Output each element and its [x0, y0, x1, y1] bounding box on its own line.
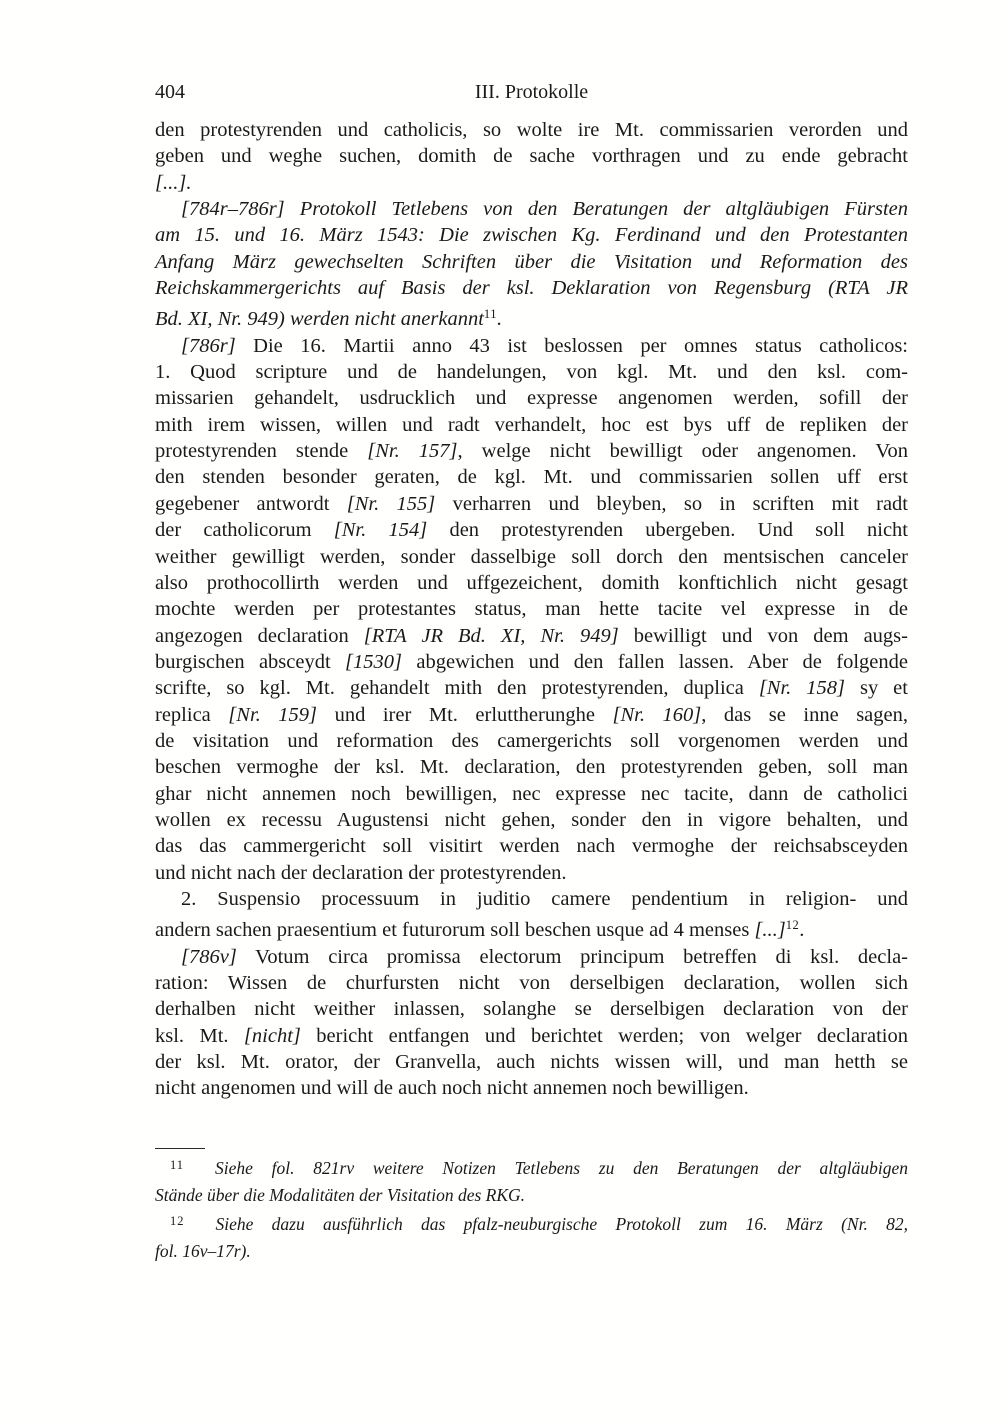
text-segment: replica	[155, 704, 228, 726]
footnote-number: 11	[170, 1158, 184, 1172]
text-segment: beschen vermoghe der ksl. Mt. declaratio…	[155, 756, 807, 778]
text-line: also prothocollirth werden und uffgezeic…	[155, 570, 908, 596]
text-segment: geben und weghe suchen, domith de sache …	[155, 145, 908, 167]
running-head: III. Protokolle	[155, 80, 908, 104]
text-segment: missarien gehandelt, usdrucklich und exp…	[155, 387, 908, 409]
text-segment: fol. 16v–17r).	[155, 1241, 251, 1261]
text-segment: derhalben nicht weither inlassen, solang…	[155, 998, 908, 1020]
footnote-reference: 11	[484, 307, 497, 321]
text-segment: Votum circa promissa electorum principum…	[237, 946, 908, 968]
text-line: ksl. Mt. [nicht] bericht entfangen und b…	[155, 1023, 908, 1049]
text-line: nicht angenomen und will de auch noch ni…	[155, 1075, 908, 1101]
text-line: der ksl. Mt. orator, der Granvella, auch…	[155, 1049, 908, 1075]
text-segment: [Nr. 157]	[367, 440, 457, 462]
text-line: replica [Nr. 159] und irer Mt. erlutther…	[155, 702, 908, 728]
text-segment: [...]	[754, 919, 785, 941]
text-segment: das das cammergericht soll visitirt werd…	[155, 835, 908, 857]
text-segment: Anfang März gewechselten Schriften über …	[155, 251, 908, 273]
text-segment: soll man	[812, 756, 908, 778]
text-line: den stenden besonder geraten, de kgl. Mt…	[155, 464, 908, 490]
paragraph: [786r] Die 16. Martii anno 43 ist beslos…	[155, 333, 908, 886]
text-segment: bewilligt und von dem augs-	[619, 625, 908, 647]
text-segment: [...].	[155, 172, 191, 194]
text-line: missarien gehandelt, usdrucklich und exp…	[155, 385, 908, 411]
text-segment: [786v]	[181, 946, 237, 968]
text-segment: 2. Suspensio processuum in juditio camer…	[181, 888, 908, 910]
text-line: weither gewilligt werden, sonder dasselb…	[155, 544, 908, 570]
text-segment: [Nr. 159]	[228, 704, 317, 726]
document-page: 404 III. Protokolle den protestyrenden u…	[0, 0, 1004, 1418]
body-text: den protestyrenden und catholicis, so wo…	[155, 117, 908, 1102]
text-line: gegebener antwordt [Nr. 155] verharren u…	[155, 491, 908, 517]
text-segment: , das se inne sagen,	[701, 704, 908, 726]
text-segment: der catholicorum	[155, 519, 334, 541]
footnote: 12Siehe dazu ausführlich das pfalz-neubu…	[155, 1208, 908, 1264]
text-line: 1. Quod scripture und de handelungen, vo…	[155, 359, 908, 385]
text-segment: Bd. XI, Nr. 949) werden nicht anerkannt	[155, 308, 484, 330]
text-segment: abgewichen und den fallen lassen. Aber d…	[402, 651, 908, 673]
text-line: mochte werden per protestantes status, m…	[155, 596, 908, 622]
text-segment: ksl. Mt.	[155, 1025, 244, 1047]
text-segment: den protestyrenden ubergeben. Und soll n…	[427, 519, 908, 541]
text-segment: [Nr. 158]	[759, 677, 845, 699]
text-segment: Siehe dazu ausführlich das pfalz-neuburg…	[216, 1214, 909, 1234]
text-segment: [1530]	[345, 651, 402, 673]
text-segment: Siehe fol. 821rv weitere Notizen Tetlebe…	[215, 1158, 908, 1178]
text-line: ghar nicht annemen noch bewilligen, nec …	[155, 781, 908, 807]
text-segment: mith irem wissen, willen und radt verhan…	[155, 414, 908, 436]
footnote-reference: 12	[786, 918, 800, 932]
text-line: mith irem wissen, willen und radt verhan…	[155, 412, 908, 438]
text-segment: [Nr. 160]	[613, 704, 702, 726]
text-line: [...].	[155, 170, 908, 196]
text-segment: nicht angenomen und will de auch noch ni…	[155, 1077, 749, 1099]
text-segment: sy et	[845, 677, 908, 699]
page-header: 404 III. Protokolle	[155, 80, 908, 104]
text-line: wollen ex recessu Augustensi nicht gehen…	[155, 807, 908, 833]
text-line: Reichskammergerichts auf Basis der ksl. …	[155, 275, 908, 301]
text-line: und nicht nach der declaration der prote…	[155, 860, 908, 886]
text-segment: , welge nicht bewilligt oder angenomen. …	[458, 440, 908, 462]
text-segment: [786r]	[181, 335, 236, 357]
text-segment: den stenden besonder geraten, de kgl. Mt…	[155, 466, 908, 488]
text-segment: burgischen absceydt	[155, 651, 345, 673]
text-line: ration: Wissen de churfursten nicht von …	[155, 970, 908, 996]
footnote-number: 12	[170, 1214, 185, 1228]
text-line: das das cammergericht soll visitirt werd…	[155, 833, 908, 859]
text-line: derhalben nicht weither inlassen, solang…	[155, 996, 908, 1022]
page-number: 404	[155, 80, 185, 104]
text-segment: scrifte, so kgl. Mt. gehandelt mith den …	[155, 677, 759, 699]
text-segment: .	[799, 919, 804, 941]
text-segment: [nicht]	[244, 1025, 301, 1047]
text-segment: Die 16. Martii anno 43 ist beslossen per…	[236, 335, 908, 357]
text-line: [786r] Die 16. Martii anno 43 ist beslos…	[155, 333, 908, 359]
text-line: beschen vermoghe der ksl. Mt. declaratio…	[155, 754, 908, 780]
text-segment: andern sachen praesentium et futurorum s…	[155, 919, 754, 941]
text-segment: und nicht nach der declaration der prote…	[155, 862, 567, 884]
text-segment: bericht entfangen und berichtet werden; …	[301, 1025, 908, 1047]
text-segment: [Nr. 155]	[347, 493, 436, 515]
text-line: 2. Suspensio processuum in juditio camer…	[155, 886, 908, 912]
text-line: de visitation und reformation des camerg…	[155, 728, 908, 754]
text-line: geben und weghe suchen, domith de sache …	[155, 143, 908, 169]
text-segment: angezogen declaration	[155, 625, 364, 647]
text-segment: [Nr. 154]	[334, 519, 427, 541]
text-segment: .	[497, 308, 502, 330]
footnote-separator	[155, 1148, 205, 1149]
text-segment: [RTA JR Bd. XI, Nr. 949]	[364, 625, 619, 647]
paragraph: den protestyrenden und catholicis, so wo…	[155, 117, 908, 196]
text-line: [786v] Votum circa promissa electorum pr…	[155, 944, 908, 970]
text-line: [784r–786r] Protokoll Tetlebens von den …	[155, 196, 908, 222]
text-segment: [784r–786r] Protokoll Tetlebens von den …	[181, 198, 908, 220]
footnote: 11Siehe fol. 821rv weitere Notizen Tetle…	[155, 1152, 908, 1208]
text-line: scrifte, so kgl. Mt. gehandelt mith den …	[155, 675, 908, 701]
text-segment: also prothocollirth werden und uffgezeic…	[155, 572, 908, 594]
text-line: Anfang März gewechselten Schriften über …	[155, 249, 908, 275]
text-line: andern sachen praesentium et futurorum s…	[155, 912, 908, 943]
text-segment: ghar nicht annemen noch bewilligen, nec …	[155, 783, 908, 805]
text-segment: gegebener antwordt	[155, 493, 347, 515]
text-segment: ration: Wissen de churfursten nicht von …	[155, 972, 908, 994]
text-line: am 15. und 16. März 1543: Die zwischen K…	[155, 222, 908, 248]
text-segment: weither gewilligt werden, sonder dasselb…	[155, 546, 908, 568]
text-segment: der ksl. Mt. orator, der Granvella, auch…	[155, 1051, 908, 1073]
text-line: burgischen absceydt [1530] abgewichen un…	[155, 649, 908, 675]
paragraph: 2. Suspensio processuum in juditio camer…	[155, 886, 908, 944]
text-segment: den protestyrenden und catholicis, so wo…	[155, 119, 908, 141]
text-line: 11Siehe fol. 821rv weitere Notizen Tetle…	[155, 1152, 908, 1182]
paragraph: [786v] Votum circa promissa electorum pr…	[155, 944, 908, 1102]
text-segment: wollen ex recessu Augustensi nicht gehen…	[155, 809, 908, 831]
text-line: der catholicorum [Nr. 154] den protestyr…	[155, 517, 908, 543]
text-line: Stände über die Modalitäten der Visitati…	[155, 1182, 908, 1209]
text-segment: Stände über die Modalitäten der Visitati…	[155, 1185, 525, 1205]
text-segment: 1. Quod scripture und de handelungen, vo…	[155, 361, 908, 383]
text-segment: und irer Mt. erluttherunghe	[317, 704, 612, 726]
footnote-list: 11Siehe fol. 821rv weitere Notizen Tetle…	[155, 1152, 908, 1264]
text-segment: Reichskammergerichts auf Basis der ksl. …	[155, 277, 908, 299]
text-segment: de visitation und reformation des camerg…	[155, 730, 908, 752]
text-segment: verharren und bleyben, so in scriften mi…	[435, 493, 908, 515]
text-segment: protestyrenden stende	[155, 440, 367, 462]
paragraph: [784r–786r] Protokoll Tetlebens von den …	[155, 196, 908, 333]
text-line: angezogen declaration [RTA JR Bd. XI, Nr…	[155, 623, 908, 649]
text-line: 12Siehe dazu ausführlich das pfalz-neubu…	[155, 1208, 908, 1238]
text-line: protestyrenden stende [Nr. 157], welge n…	[155, 438, 908, 464]
text-line: Bd. XI, Nr. 949) werden nicht anerkannt1…	[155, 301, 908, 332]
text-segment: mochte werden per protestantes status, m…	[155, 598, 908, 620]
text-segment: am 15. und 16. März 1543: Die zwischen K…	[155, 224, 908, 246]
text-line: den protestyrenden und catholicis, so wo…	[155, 117, 908, 143]
text-line: fol. 16v–17r).	[155, 1238, 908, 1265]
